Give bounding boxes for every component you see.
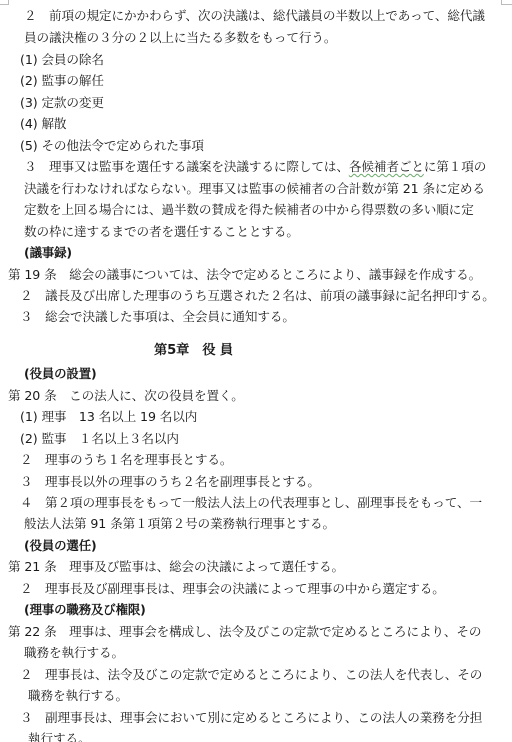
document-line: ２ 理事長及び副理事長は、理事会の決議によって理事の中から選定する。: [20, 581, 445, 597]
chapter-title: 第5章 役 員: [154, 343, 233, 359]
line-text: に第１項の: [424, 159, 486, 174]
document-line: 決議を行わなければならない。理事又は監事の候補者の合計数が第 21 条に定める: [24, 181, 485, 197]
document-line: ３ 副理事長は、理事会において別に定めるところにより、この法人の業務を分担: [20, 710, 482, 726]
document-line: 第 22 条 理事は、理事会を構成し、法令及びこの定款で定めるところにより、その: [8, 624, 481, 640]
page-margin-corner-mark-right: [501, 0, 512, 5]
document-line: ３ 理事又は監事を選任する議案を決議するに際しては、各候補者ごとに第１項の: [24, 159, 486, 175]
document-line: (2) 監事の解任: [20, 73, 104, 89]
section-heading: (役員の選任): [24, 538, 97, 554]
document-line: 第 19 条 総会の議事については、法令で定めるところにより、議事録を作成する。: [8, 267, 481, 283]
document-line: 員の議決権の３分の２以上に当たる多数をもって行う。: [24, 30, 336, 46]
document-line: (3) 定款の変更: [20, 95, 104, 111]
document-line: 定数を上回る場合には、過半数の賛成を得た候補者の中から得票数の多い順に定: [24, 202, 474, 218]
document-line: ２ 前項の規定にかかわらず、次の決議は、総代議員の半数以上であって、総代議: [24, 8, 485, 24]
page-margin-corner-mark-left: [0, 0, 9, 5]
document-line: 第 21 条 理事及び監事は、総会の決議によって選任する。: [8, 559, 344, 575]
document-line: ３ 総会で決議した事項は、全会員に通知する。: [20, 309, 295, 325]
document-line: (5) その他法令で定められた事項: [20, 138, 204, 154]
document-line: ２ 議長及び出席した理事のうち互選された２名は、前項の議事録に記名押印する。: [20, 288, 495, 304]
document-line: 般法人法第 91 条第１項第２号の業務執行理事とする。: [24, 516, 335, 532]
document-line: ２ 理事のうち１名を理事長とする。: [20, 452, 232, 468]
document-line: 数の枠に達するまでの者を選任することとする。: [24, 224, 299, 240]
document-line: (1) 会員の除名: [20, 52, 104, 68]
section-heading: (議事録): [24, 245, 72, 261]
document-line: ３ 理事長以外の理事のうち２名を副理事長とする。: [20, 474, 320, 490]
document-line: ４ 第２項の理事長をもって一般法人法上の代表理事とし、副理事長をもって、一: [20, 495, 482, 511]
grammar-check-marked-text[interactable]: 各候補者ごと: [349, 159, 424, 174]
document-line: (1) 理事 13 名以上 19 名以内: [20, 409, 197, 425]
document-line: 第 20 条 この法人に、次の役員を置く。: [8, 388, 244, 404]
section-heading: (理事の職務及び権限): [24, 602, 146, 618]
section-heading: (役員の設置): [24, 366, 97, 382]
document-line: (4) 解散: [20, 116, 66, 132]
document-line: ２ 理事長は、法令及びこの定款で定めるところにより、この法人を代表し、その: [20, 667, 482, 683]
document-line: 執行する。: [28, 731, 90, 742]
document-line: 職務を執行する。: [28, 688, 128, 704]
document-line: 職務を執行する。: [24, 645, 124, 661]
line-text: ３ 理事又は監事を選任する議案を決議するに際しては、: [24, 159, 349, 174]
document-line: (2) 監事 １名以上３名以内: [20, 431, 179, 447]
